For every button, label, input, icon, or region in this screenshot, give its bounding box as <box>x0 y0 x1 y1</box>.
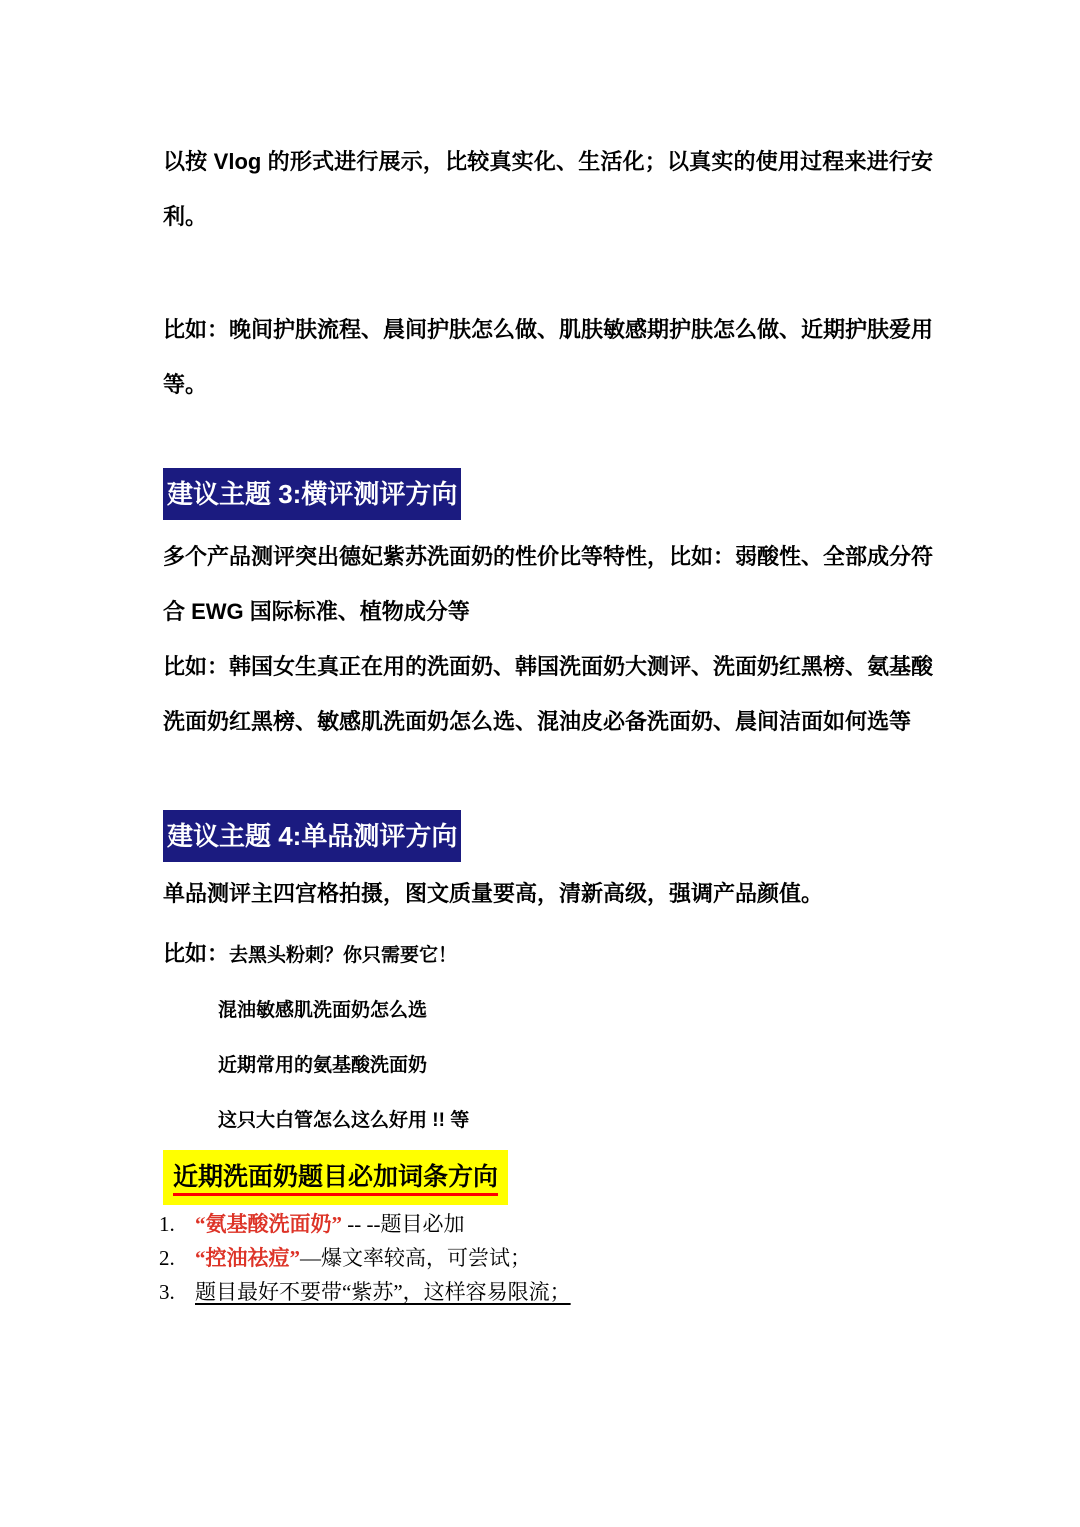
keyword-item-3: 3. 题目最好不要带“紫苏”，这样容易限流； <box>159 1275 933 1309</box>
topic4-example-label: 比如： <box>163 941 229 966</box>
keyword-item-text: 题目最好不要带“紫苏”，这样容易限流； <box>195 1275 571 1309</box>
topic4-example-first: 去黑头粉刺？你只需要它！ <box>229 945 457 966</box>
keyword-item-number: 1. <box>159 1207 195 1241</box>
intro-paragraph-examples: 比如：晚间护肤流程、晨间护肤怎么做、肌肤敏感期护肤怎么做、近期护肤爱用等。 <box>163 302 933 412</box>
keyword-item-number: 2. <box>159 1241 195 1275</box>
topic4-paragraph-intro: 单品测评主四宫格拍摄，图文质量要高，清新高级，强调产品颜值。 <box>163 866 933 921</box>
topic4-example-line: 这只大白管怎么这么好用 !! 等 <box>218 1093 933 1148</box>
keywords-heading: 近期洗面奶题目必加词条方向 <box>163 1150 508 1205</box>
keywords-heading-row: 近期洗面奶题目必加词条方向 <box>163 1150 933 1205</box>
keyword-item-text: “控油祛痘”—爆文率较高，可尝试； <box>195 1241 531 1275</box>
keywords-heading-text: 近期洗面奶题目必加词条方向 <box>173 1163 498 1191</box>
keyword-item-text: “氨基酸洗面奶” -- --题目必加 <box>195 1207 464 1241</box>
keywords-list: 1. “氨基酸洗面奶” -- --题目必加 2. “控油祛痘”—爆文率较高，可尝… <box>159 1207 933 1309</box>
keyword-item-term: “氨基酸洗面奶” <box>195 1212 342 1236</box>
topic4-heading-row: 建议主题 4:单品测评方向 <box>163 810 933 862</box>
topic3-heading-row: 建议主题 3:横评测评方向 <box>163 468 933 520</box>
keyword-item-2: 2. “控油祛痘”—爆文率较高，可尝试； <box>159 1241 933 1275</box>
keyword-item-note: 题目最好不要带“紫苏”，这样容易限流； <box>195 1280 571 1304</box>
topic3-paragraph-examples: 比如：韩国女生真正在用的洗面奶、韩国洗面奶大测评、洗面奶红黑榜、氨基酸洗面奶红黑… <box>163 639 933 749</box>
document-page: 以按 Vlog 的形式进行展示，比较真实化、生活化；以真实的使用过程来进行安利。… <box>0 0 1080 1527</box>
topic4-heading: 建议主题 4:单品测评方向 <box>163 810 461 862</box>
keyword-item-note: —爆文率较高，可尝试； <box>300 1246 531 1270</box>
intro-paragraph-vlog: 以按 Vlog 的形式进行展示，比较真实化、生活化；以真实的使用过程来进行安利。 <box>163 134 933 244</box>
topic4-example-line: 混油敏感肌洗面奶怎么选 <box>218 983 933 1038</box>
keyword-item-note: -- --题目必加 <box>342 1212 464 1236</box>
topic3-paragraph-features: 多个产品测评突出德妃紫苏洗面奶的性价比等特性，比如：弱酸性、全部成分符合 EWG… <box>163 529 933 639</box>
keyword-item-term: “控油祛痘” <box>195 1246 300 1270</box>
keyword-item-1: 1. “氨基酸洗面奶” -- --题目必加 <box>159 1207 933 1241</box>
keyword-item-number: 3. <box>159 1275 195 1309</box>
topic4-example-line: 近期常用的氨基酸洗面奶 <box>218 1038 933 1093</box>
document-content: 以按 Vlog 的形式进行展示，比较真实化、生活化；以真实的使用过程来进行安利。… <box>163 134 933 1309</box>
topic4-example-lead: 比如：去黑头粉刺？你只需要它！ <box>163 926 933 983</box>
topic3-heading: 建议主题 3:横评测评方向 <box>163 468 461 520</box>
topic4-example-lines: 混油敏感肌洗面奶怎么选 近期常用的氨基酸洗面奶 这只大白管怎么这么好用 !! 等 <box>163 983 933 1148</box>
